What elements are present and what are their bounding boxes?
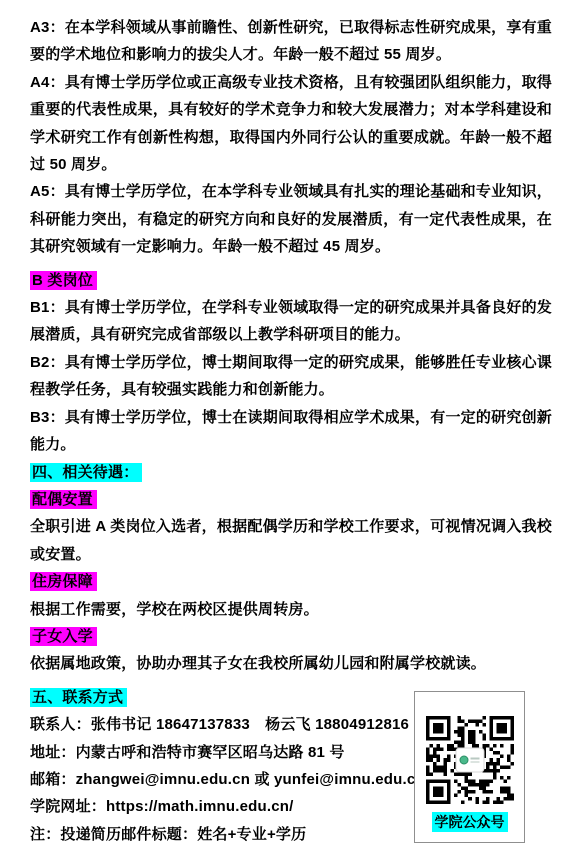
heading-children-schooling: 子女入学 [30, 627, 97, 646]
paragraph-b3: B3：具有博士学历学位，博士在读期间取得相应学术成果，有一定的研究创新能力。 [30, 404, 552, 459]
paragraph-a5: A5：具有博士学历学位，在本学科专业领域具有扎实的理论基础和专业知识，科研能力突… [30, 178, 552, 260]
heading-benefits: 四、相关待遇： [30, 463, 142, 482]
heading-line-benefits: 四、相关待遇： [30, 459, 552, 486]
qr-code-image [426, 716, 514, 804]
heading-line-b-positions: B 类岗位 [30, 267, 552, 294]
heading-housing: 住房保障 [30, 572, 97, 591]
paragraph-b2: B2：具有博士学历学位，博士期间取得一定的研究成果，能够胜任专业核心课程教学任务… [30, 349, 552, 404]
qr-logo-text-lines [471, 758, 480, 763]
document-page: A3：在本学科领域从事前瞻性、创新性研究，已取得标志性研究成果，享有重要的学术地… [0, 0, 580, 856]
qr-center-logo [455, 748, 484, 773]
qr-caption-row: 学院公众号 [415, 804, 524, 832]
heading-line-housing: 住房保障 [30, 568, 552, 595]
qr-caption: 学院公众号 [432, 812, 508, 832]
heading-line-children: 子女入学 [30, 623, 552, 650]
paragraph-b1: B1：具有博士学历学位，在学科专业领域取得一定的研究成果并具备良好的发展潜质，具… [30, 294, 552, 349]
qr-panel: 学院公众号 [414, 691, 525, 843]
paragraph-housing: 根据工作需要，学校在两校区提供周转房。 [30, 596, 552, 623]
heading-spouse-placement: 配偶安置 [30, 490, 97, 509]
heading-b-positions: B 类岗位 [30, 271, 97, 290]
paragraph-spouse-placement: 全职引进 A 类岗位入选者，根据配偶学历和学校工作要求，可视情况调入我校或安置。 [30, 513, 552, 568]
paragraph-a3: A3：在本学科领域从事前瞻性、创新性研究，已取得标志性研究成果，享有重要的学术地… [30, 14, 552, 69]
paragraph-children-schooling: 依据属地政策，协助办理其子女在我校所属幼儿园和附属学校就读。 [30, 650, 552, 677]
heading-line-spouse: 配偶安置 [30, 486, 552, 513]
heading-contact: 五、联系方式 [30, 688, 127, 707]
paragraph-a4: A4：具有博士学历学位或正高级专业技术资格，且有较强团队组织能力，取得重要的代表… [30, 69, 552, 179]
qr-logo-icon [460, 756, 469, 765]
